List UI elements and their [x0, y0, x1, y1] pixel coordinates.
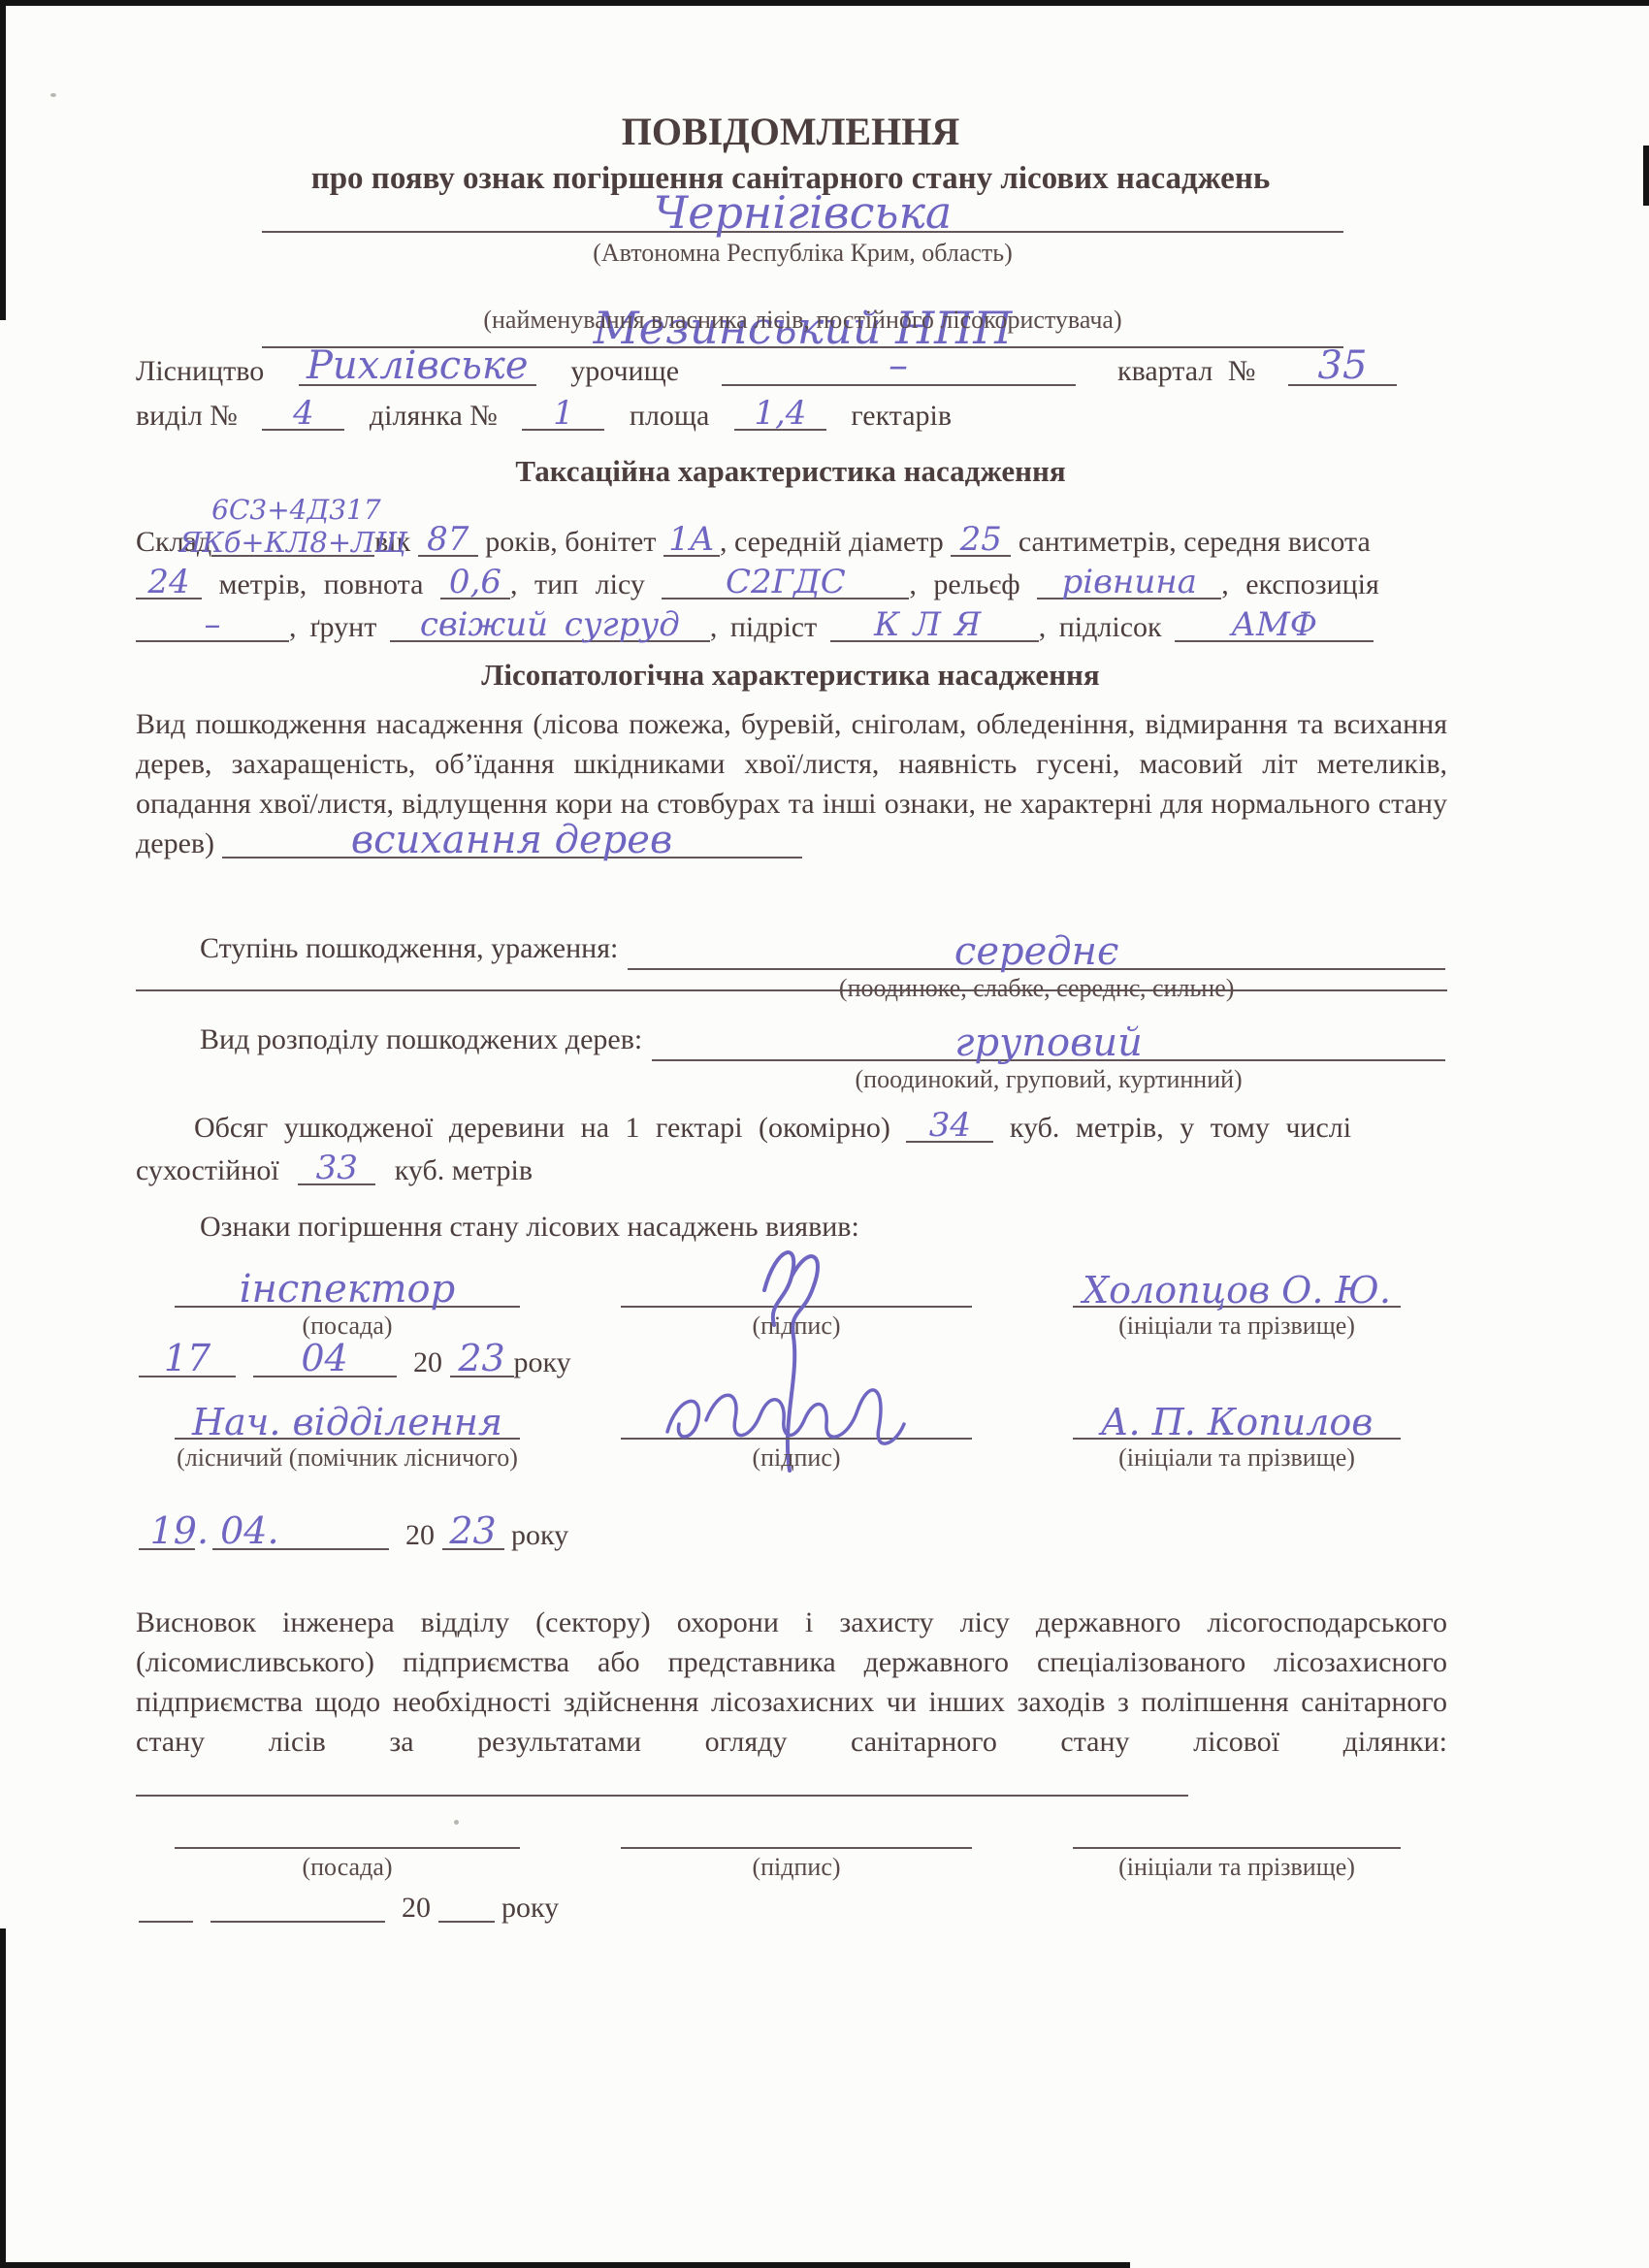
undergrowth-field: КЛЯ: [830, 607, 1039, 642]
date3-suffix-label: року: [501, 1892, 559, 1924]
povnota-handwritten-value: 0,6: [449, 563, 501, 601]
quarter-handwritten-value: 35: [1318, 343, 1368, 388]
relief-handwritten-value: рівнина: [1062, 563, 1197, 601]
volume-label: Обсяг ушкодженої деревини на 1 гектарі (…: [194, 1112, 890, 1144]
scan-edge-right-tick: [1643, 146, 1649, 206]
bonitet-handwritten-value: 1А: [668, 520, 714, 559]
sklad-handwritten-value: ЯКб+КЛ8+ЛЩ: [179, 526, 407, 559]
owner-caption: (найменування власника лісів, постійного…: [262, 306, 1343, 335]
sig1-name-handwritten: Холопцов О. Ю.: [1083, 1269, 1391, 1312]
scanned-form-page: ПОВІДОМЛЕННЯ про появу ознак погіршення …: [0, 0, 1649, 2268]
degree-handwritten-value: середнє: [954, 929, 1118, 974]
sig3-name-caption: (ініціали та прізвище): [1073, 1853, 1401, 1882]
date3-day-field: [139, 1888, 193, 1923]
date2-day-field: 19. 04.: [139, 1515, 195, 1550]
taxation-heading: Таксаційна характеристика насадження: [136, 454, 1445, 489]
sklad-handwritten-above-line: 6С3+4Д317: [211, 494, 381, 526]
sig3-signature-caption: (підпис): [621, 1853, 972, 1882]
sig1-position-handwritten: інспектор: [240, 1267, 455, 1312]
degree-row: Ступінь пошкодження, ураження: середнє (…: [200, 927, 1445, 1003]
area-units-label: гектарів: [851, 400, 952, 432]
date1-century-label: 20: [413, 1346, 442, 1378]
area-label: площа: [630, 400, 709, 432]
damage-paragraph: Вид пошкодження насадження (лісова пожеж…: [136, 704, 1447, 863]
date2-year-field: 23: [442, 1515, 504, 1550]
diameter-field: 25: [951, 522, 1011, 557]
plot-field: 1: [522, 396, 604, 431]
age-units-label: років, бонітет: [485, 526, 656, 558]
relief-field: рівнина: [1037, 565, 1221, 599]
diameter-units-label: сантиметрів, середня висота: [1018, 526, 1371, 558]
date3-century-label: 20: [402, 1892, 431, 1924]
soil-field: свіжий сугруд: [390, 607, 710, 642]
pathology-heading: Лісопатологічна характеристика насадженн…: [136, 658, 1445, 693]
sig1-name-field: Холопцов О. Ю.: [1073, 1253, 1401, 1308]
volume-field: 34: [906, 1108, 993, 1143]
region-handwritten-value: Чернігівська: [654, 186, 953, 239]
bonitet-field: 1А: [663, 522, 720, 557]
scan-edge-bottom: [0, 2262, 1130, 2268]
quarter-label: квартал №: [1117, 355, 1255, 387]
tract-field: –: [722, 351, 1076, 386]
area-handwritten-value: 1,4: [754, 394, 806, 433]
sklad-field: ЯКб+КЛ8+ЛЩ 6С3+4Д317: [211, 522, 374, 557]
sig3-signature-field: [621, 1820, 972, 1849]
deadwood-units-label: куб. метрів: [395, 1154, 533, 1186]
date-row-1: 17 04 20 23 року: [139, 1343, 571, 1379]
degree-caption: (поодиноке, слабке, середнє, сильне): [628, 974, 1445, 1003]
forestry-field: Рихлівське: [299, 351, 536, 386]
distribution-row: Вид розподілу пошкоджених дерев: групови…: [200, 1019, 1445, 1094]
distribution-handwritten-value: груповий: [954, 1021, 1143, 1065]
exposition-field: –: [136, 607, 289, 642]
date-row-2: 19. 04. 20 23 року: [139, 1515, 568, 1552]
sig3-position-field: [175, 1820, 520, 1849]
sig1-signature-field: [621, 1253, 972, 1308]
scan-edge-top: [0, 0, 1649, 6]
height-handwritten-value: 24: [147, 563, 189, 601]
date2-century-label: 20: [405, 1519, 435, 1551]
plot-handwritten-value: 1: [553, 394, 574, 433]
taxation-line-3: – , ґрунт свіжий сугруд , підріст КЛЯ , …: [136, 607, 1374, 644]
exposition-label: , експозиція: [1221, 568, 1379, 600]
date3-year-field: [438, 1888, 495, 1923]
distribution-field: груповий: [652, 1019, 1445, 1061]
date1-day-field: 17: [139, 1343, 236, 1377]
date1-day-handwritten: 17: [164, 1337, 210, 1379]
distribution-caption: (поодинокий, груповий, куртинний): [652, 1065, 1445, 1094]
sig2-signature-field: [621, 1385, 972, 1440]
forest-type-handwritten-value: С2ГДС: [726, 563, 846, 601]
age-handwritten-value: 87: [427, 520, 469, 559]
tract-handwritten-value: –: [889, 343, 908, 388]
location-row-2: виділ № 4 ділянка № 1 площа 1,4 гектарів: [136, 396, 952, 433]
sig2-name-handwritten: А. П. Копилов: [1101, 1401, 1374, 1443]
exposition-handwritten-value: –: [205, 605, 221, 644]
subplot-handwritten-value: 4: [293, 394, 314, 433]
forest-type-label: , тип лісу: [510, 568, 645, 600]
soil-handwritten-value: свіжий сугруд: [420, 605, 680, 644]
povnota-field: 0,6: [440, 565, 510, 599]
damage-field: всихання дерев: [222, 824, 802, 859]
form-title: ПОВІДОМЛЕННЯ: [136, 109, 1445, 154]
location-row-1: Лісництво Рихлівське урочище – квартал №…: [136, 351, 1455, 388]
undergrowth-handwritten-value: КЛЯ: [874, 605, 994, 644]
quarter-field: 35: [1288, 351, 1397, 386]
underbrush-label: , підлісок: [1039, 611, 1162, 643]
date2-suffix-label: року: [511, 1519, 568, 1551]
diameter-label: , середній діаметр: [720, 526, 944, 558]
tract-label: урочище: [570, 355, 679, 387]
volume-line-1: Обсяг ушкодженої деревини на 1 гектарі (…: [136, 1108, 1447, 1145]
sig3-position-caption: (посада): [175, 1853, 520, 1882]
conclusion-text: Висновок інженера відділу (сектору) охор…: [136, 1606, 1447, 1758]
date1-year-field: 23: [450, 1343, 514, 1377]
diameter-handwritten-value: 25: [960, 520, 1002, 559]
sig3-name-field: [1073, 1820, 1401, 1849]
undergrowth-label: , підріст: [710, 611, 817, 643]
volume-handwritten-value: 34: [929, 1106, 971, 1145]
age-field: 87: [418, 522, 478, 557]
detected-label: Ознаки погіршення стану лісових насаджен…: [200, 1211, 859, 1244]
date3-month-field: [210, 1888, 385, 1923]
distribution-label: Вид розподілу пошкоджених дерев:: [200, 1019, 642, 1061]
date-row-3: 20 року: [139, 1888, 559, 1925]
signature-row-3: (посада) (підпис) (ініціали та прізвище): [175, 1820, 1406, 1882]
date1-suffix-label: року: [514, 1346, 571, 1378]
sig2-position-field: Нач. відділення: [175, 1385, 520, 1440]
degree-label: Ступінь пошкодження, ураження:: [200, 927, 618, 970]
conclusion-field: [136, 1762, 1188, 1797]
volume-units-label: куб. метрів, у тому числі: [1010, 1112, 1351, 1144]
signature-row-2: Нач. відділення (лісничий (помічник лісн…: [175, 1385, 1406, 1473]
deadwood-label: сухостійної: [136, 1154, 279, 1186]
scan-speck: [50, 93, 56, 97]
underbrush-handwritten-value: АМФ: [1231, 605, 1317, 644]
degree-field: середнє: [628, 927, 1445, 970]
soil-label: , ґрунт: [289, 611, 376, 643]
forestry-handwritten-value: Рихлівське: [307, 343, 529, 388]
height-field: 24: [136, 565, 202, 599]
sig1-signature-caption: (підпис): [621, 1312, 972, 1341]
date1-year-handwritten: 23: [458, 1337, 504, 1379]
date1-month-handwritten: 04: [301, 1337, 347, 1379]
region-field: Чернігівська: [262, 184, 1343, 233]
scan-edge-left-bottom: [0, 1928, 6, 2268]
area-field: 1,4: [734, 396, 826, 431]
sig2-signature-caption: (підпис): [621, 1443, 972, 1473]
sig1-name-caption: (ініціали та прізвище): [1073, 1312, 1401, 1341]
height-units-label: метрів, повнота: [219, 568, 424, 600]
forest-type-field: С2ГДС: [662, 565, 909, 599]
plot-label: ділянка №: [370, 400, 498, 432]
damage-handwritten-value: всихання дерев: [351, 821, 672, 860]
volume-line-2: сухостійної 33 куб. метрів: [136, 1150, 533, 1187]
sig2-position-caption: (лісничий (помічник лісничого): [175, 1443, 520, 1473]
deadwood-handwritten-value: 33: [316, 1149, 358, 1187]
forestry-label: Лісництво: [136, 355, 264, 387]
subplot-field: 4: [262, 396, 344, 431]
conclusion-paragraph: Висновок інженера відділу (сектору) охор…: [136, 1603, 1447, 1801]
relief-label: , рельєф: [909, 568, 1019, 600]
deadwood-field: 33: [298, 1150, 375, 1185]
sig2-position-handwritten: Нач. відділення: [192, 1401, 502, 1443]
sig2-name-caption: (ініціали та прізвище): [1073, 1443, 1401, 1473]
date2-month-field: [212, 1515, 389, 1550]
taxation-line-1: Склад ЯКб+КЛ8+ЛЩ 6С3+4Д317 вік 87 років,…: [136, 522, 1371, 559]
date2-year-handwritten: 23: [449, 1509, 496, 1552]
taxation-line-2: 24 метрів, повнота 0,6 , тип лісу С2ГДС …: [136, 565, 1379, 601]
scan-edge-left-top: [0, 0, 6, 320]
sig1-position-field: інспектор: [175, 1253, 520, 1308]
subplot-label: виділ №: [136, 400, 238, 432]
signature-row-1: інспектор (посада) (підпис) Холопцов О. …: [175, 1253, 1406, 1341]
sig2-name-field: А. П. Копилов: [1073, 1385, 1401, 1440]
underbrush-field: АМФ: [1175, 607, 1374, 642]
date1-month-field: 04: [253, 1343, 397, 1377]
region-caption: (Автономна Республіка Крим, область): [262, 239, 1343, 268]
